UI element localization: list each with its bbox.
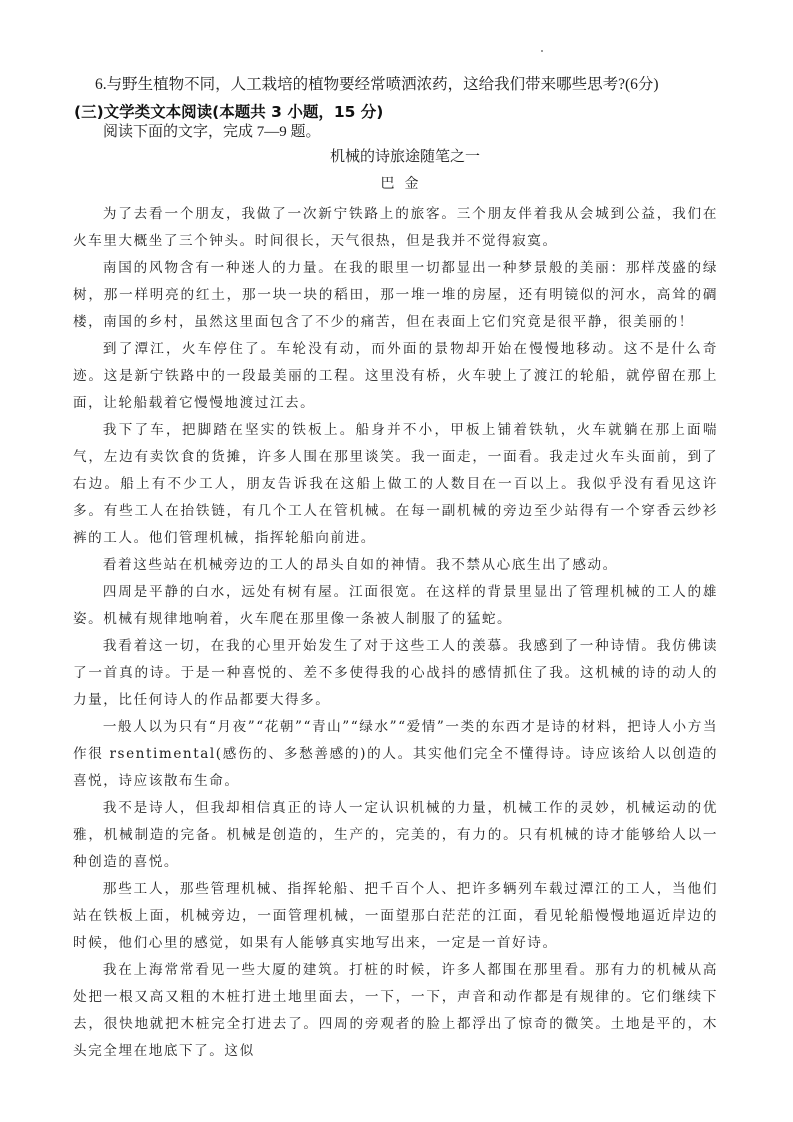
paragraph: 为了去看一个朋友，我做了一次新宁铁路上的旅客。三个朋友伴着我从会城到公益，我们在… bbox=[73, 201, 718, 255]
paragraph: 南国的风物含有一种迷人的力量。在我的眼里一切都显出一种梦景般的美丽：那样茂盛的绿… bbox=[73, 255, 718, 336]
paragraph: 我在上海常常看见一些大厦的建筑。打桩的时候，许多人都围在那里看。那有力的机械从高… bbox=[73, 957, 718, 1065]
page-mark bbox=[541, 50, 543, 52]
paragraph: 看着这些站在机械旁边的工人的昂头自如的神情。我不禁从心底生出了感动。 bbox=[73, 552, 718, 579]
section-heading: (三)文学类文本阅读(本题共 3 小题，15 分) bbox=[74, 101, 383, 123]
document-page: 6.与野生植物不同，人工栽培的植物要经常喷洒浓药，这给我们带来哪些思考?(6分)… bbox=[0, 0, 793, 1122]
question-6: 6.与野生植物不同，人工栽培的植物要经常喷洒浓药，这给我们带来哪些思考?(6分) bbox=[95, 74, 735, 96]
article-author: 巴金 bbox=[0, 175, 793, 195]
paragraph: 我下了车，把脚踏在坚实的铁板上。船身并不小，甲板上铺着铁轨，火车就躺在那上面喘气… bbox=[73, 417, 718, 552]
paragraph: 我不是诗人，但我却相信真正的诗人一定认识机械的力量，机械工作的灵妙，机械运动的优… bbox=[73, 795, 718, 876]
article-title: 机械的诗旅途随笔之一 bbox=[0, 146, 793, 168]
paragraph: 一般人以为只有“月夜”“花朝”“青山”“绿水”“爱情”一类的东西才是诗的材料，把… bbox=[73, 714, 718, 795]
paragraph: 我看着这一切，在我的心里开始发生了对于这些工人的羡慕。我感到了一种诗情。我仿佛读… bbox=[73, 633, 718, 714]
article-body: 为了去看一个朋友，我做了一次新宁铁路上的旅客。三个朋友伴着我从会城到公益，我们在… bbox=[73, 201, 718, 1065]
section-instruction: 阅读下面的文字，完成 7—9 题。 bbox=[103, 122, 321, 142]
paragraph: 那些工人，那些管理机械、指挥轮船、把千百个人、把许多辆列车载过潭江的工人，当他们… bbox=[73, 876, 718, 957]
paragraph: 到了潭江，火车停住了。车轮没有动，而外面的景物却开始在慢慢地移动。这不是什么奇迹… bbox=[73, 336, 718, 417]
paragraph: 四周是平静的白水，远处有树有屋。江面很宽。在这样的背景里显出了管理机械的工人的雄… bbox=[73, 579, 718, 633]
